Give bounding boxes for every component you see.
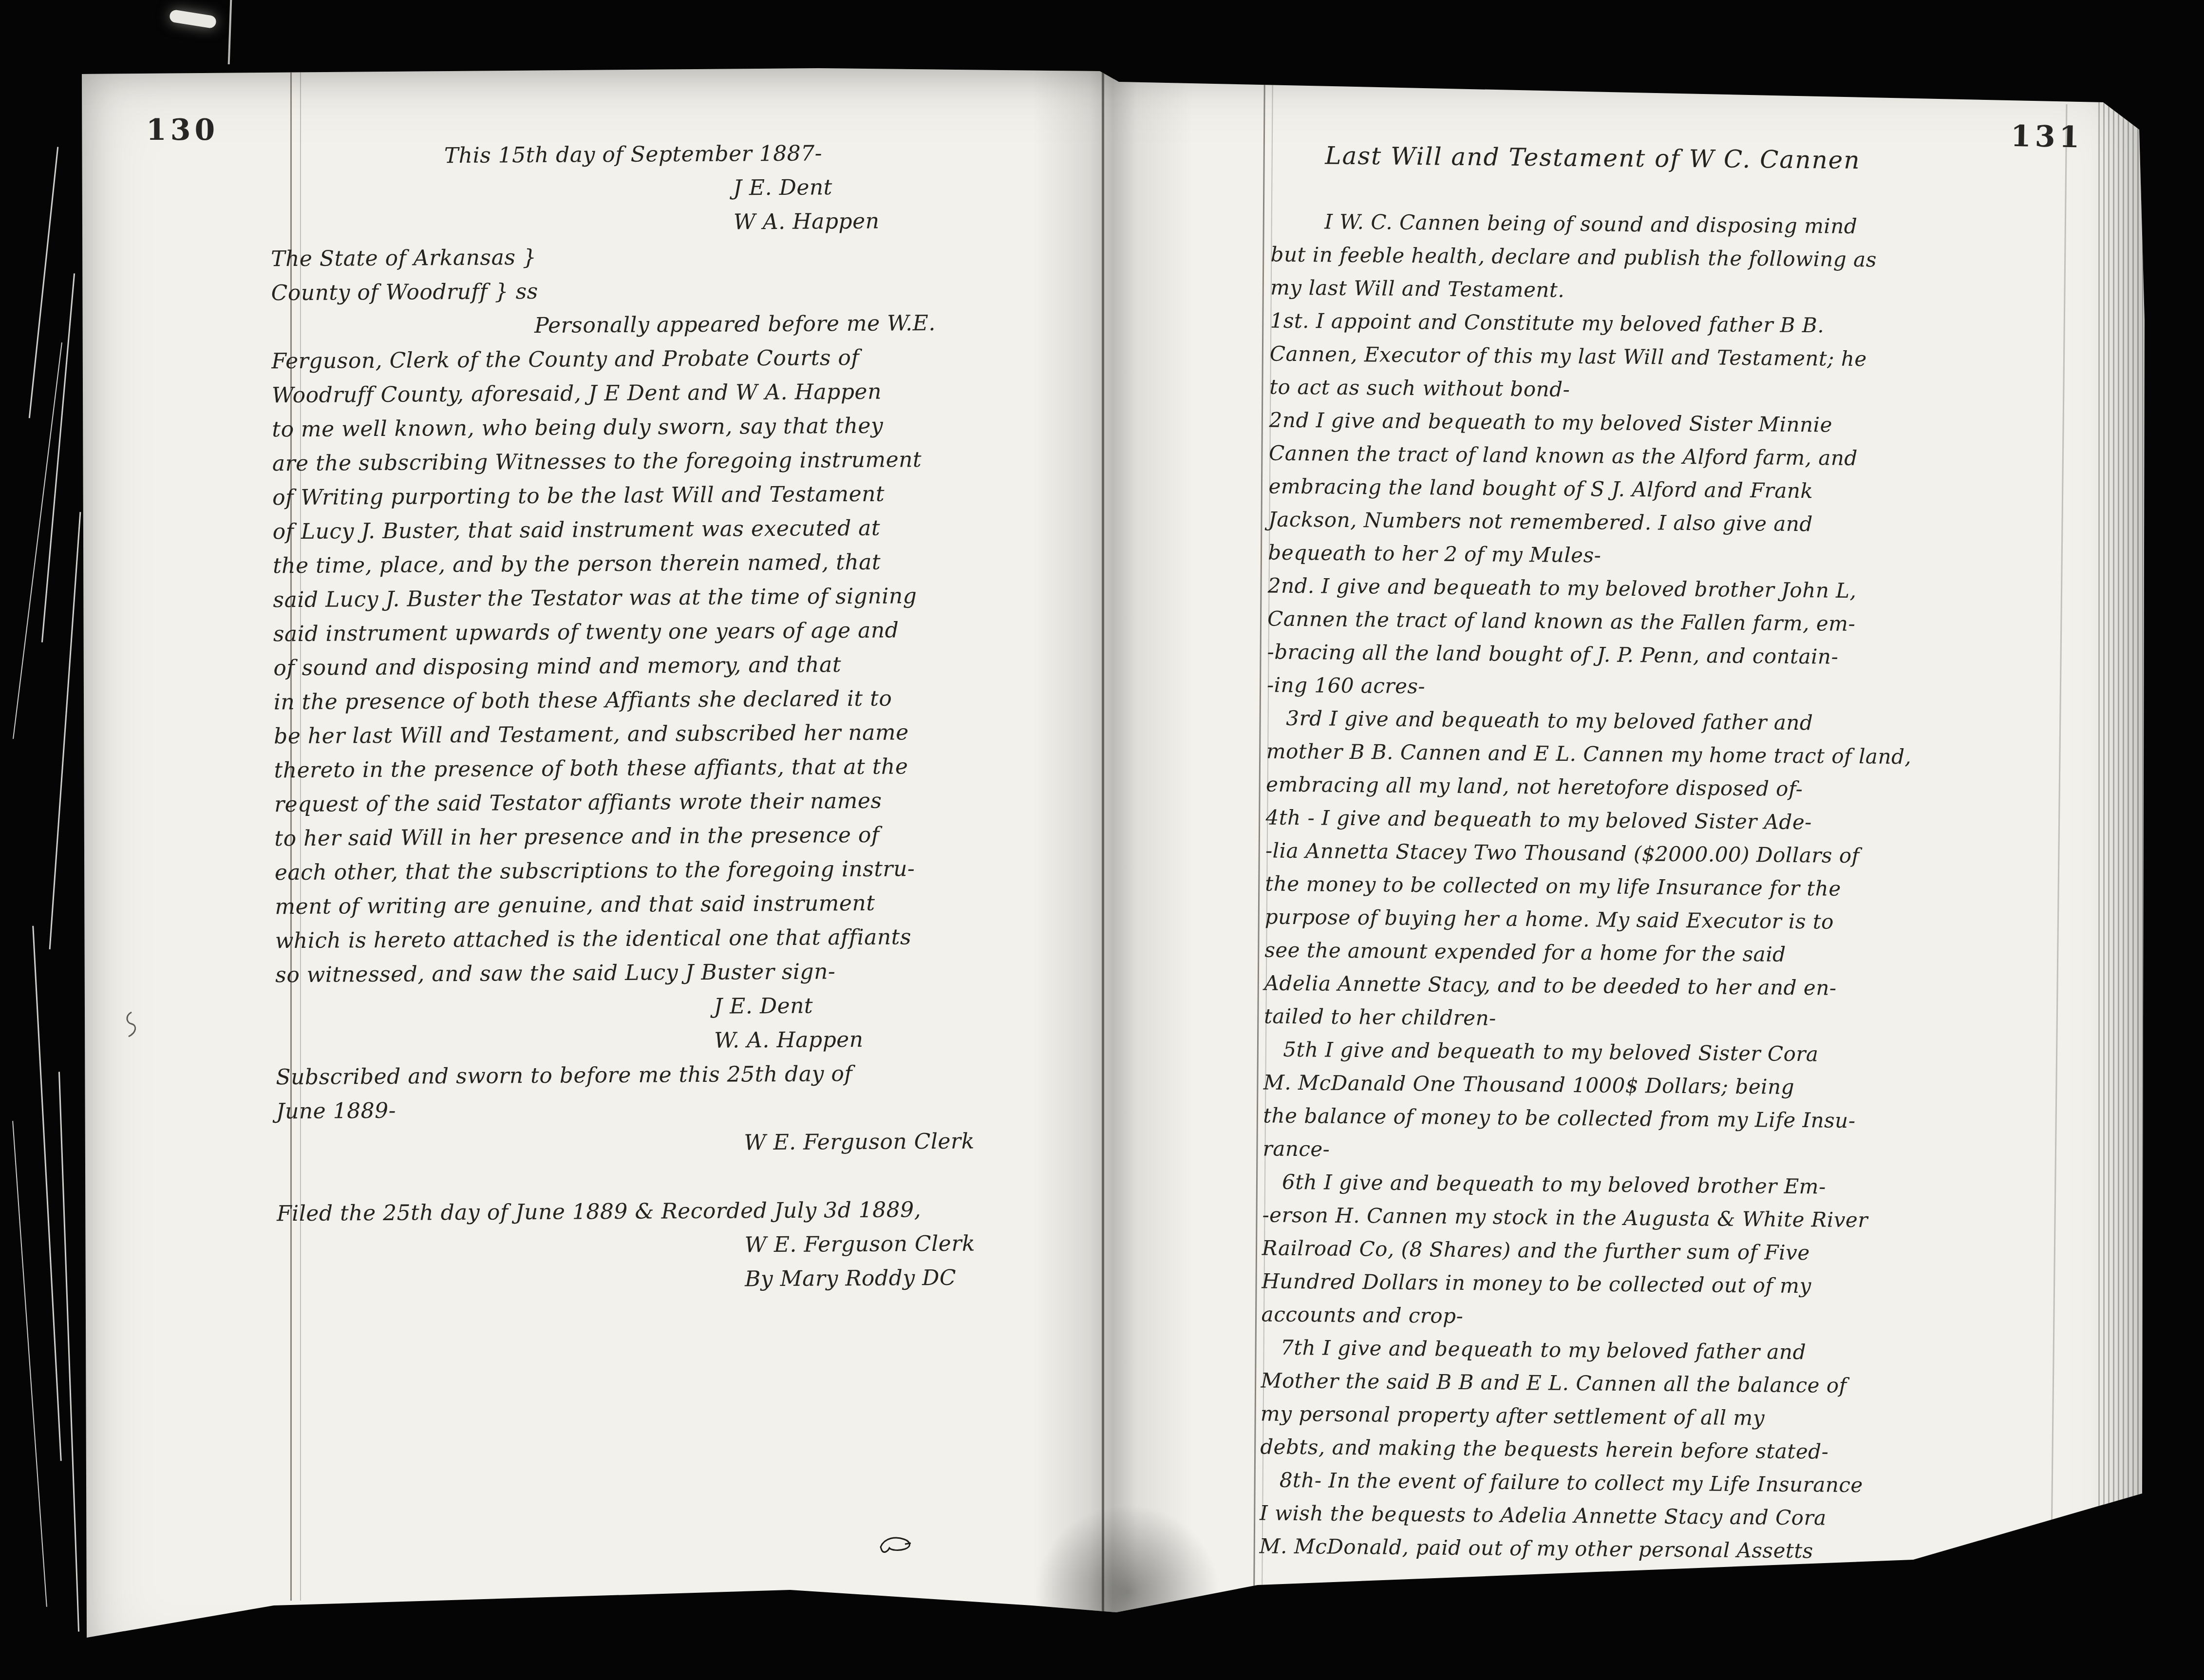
manuscript-line: The State of Arkansas }: [271, 237, 1113, 277]
page-edge-line: [49, 512, 81, 949]
manuscript-line: be her last Will and Testament, and subs…: [274, 715, 1116, 754]
manuscript-line: Filed the 25th day of June 1889 & Record…: [277, 1192, 1119, 1231]
scanned-ledger-photo: { "document_type": "Probate record book …: [0, 0, 2204, 1680]
manuscript-line: said Lucy J. Buster the Testator was at …: [273, 578, 1115, 618]
manuscript-line: to her said Will in her presence and in …: [274, 817, 1117, 856]
manuscript-line: This 15th day of September 1887-: [270, 135, 1113, 174]
gutter-smudge: [1035, 1504, 1220, 1680]
manuscript-line: to me well known, who being duly sworn, …: [272, 408, 1114, 447]
manuscript-line: J E. Dent: [275, 987, 1118, 1027]
page-edge-line: [41, 273, 75, 642]
manuscript-line: W A. Happen: [271, 203, 1113, 243]
manuscript-line: in the presence of both these Affiants s…: [274, 680, 1116, 720]
manuscript-line: said instrument upwards of twenty one ye…: [273, 612, 1116, 652]
manuscript-line: Ferguson, Clerk of the County and Probat…: [271, 340, 1114, 379]
page-edge-line: [58, 1072, 79, 1631]
manuscript-line: Personally appeared before me W.E.: [271, 305, 1114, 345]
manuscript-line: J E. Dent: [270, 169, 1113, 208]
torn-paper-fragment: [169, 9, 217, 29]
manuscript-line: ment of writing are genuine, and that sa…: [275, 885, 1117, 925]
page-edge-line: [32, 926, 62, 1461]
manuscript-line: of Writing purporting to be the last Wil…: [272, 476, 1115, 515]
manuscript-line: each other, that the subscriptions to th…: [275, 851, 1117, 890]
page-edge-line: [13, 342, 62, 739]
manuscript-line: [277, 1158, 1119, 1197]
manuscript-line: so witnessed, and saw the said Lucy J Bu…: [275, 953, 1118, 993]
manuscript-line: Woodruff County, aforesaid, J E Dent and…: [272, 374, 1114, 413]
ink-doodle: [877, 1533, 918, 1559]
margin-ink-mark: [122, 1009, 140, 1040]
manuscript-left-page: This 15th day of September 1887-J E. Den…: [270, 135, 1120, 1300]
page-number-left: 130: [146, 113, 219, 147]
manuscript-line: thereto in the presence of both these af…: [274, 749, 1116, 788]
page-edge-line: [29, 147, 59, 418]
manuscript-right-page: Last Will and Testament of W C. CannenI …: [1259, 139, 2114, 1570]
scratch-line: [228, 0, 232, 64]
manuscript-line: W E. Ferguson Clerk: [277, 1226, 1119, 1265]
manuscript-line: County of Woodruff } ss: [271, 271, 1113, 311]
manuscript-line: W E. Ferguson Clerk: [276, 1124, 1119, 1163]
manuscript-line: W. A. Happen: [276, 1021, 1118, 1061]
manuscript-line: are the subscribing Witnesses to the for…: [272, 442, 1115, 481]
page-edge-line: [12, 1121, 47, 1607]
manuscript-line: Subscribed and sworn to before me this 2…: [276, 1056, 1118, 1095]
manuscript-line: June 1889-: [276, 1090, 1119, 1129]
manuscript-line: request of the said Testator affiants wr…: [274, 783, 1117, 822]
manuscript-line: of sound and disposing mind and memory, …: [273, 646, 1116, 686]
manuscript-line: the time, place, and by the person there…: [273, 544, 1115, 584]
manuscript-line: By Mary Roddy DC: [277, 1260, 1120, 1300]
manuscript-line: which is hereto attached is the identica…: [275, 919, 1118, 959]
manuscript-line: of Lucy J. Buster, that said instrument …: [272, 510, 1115, 549]
